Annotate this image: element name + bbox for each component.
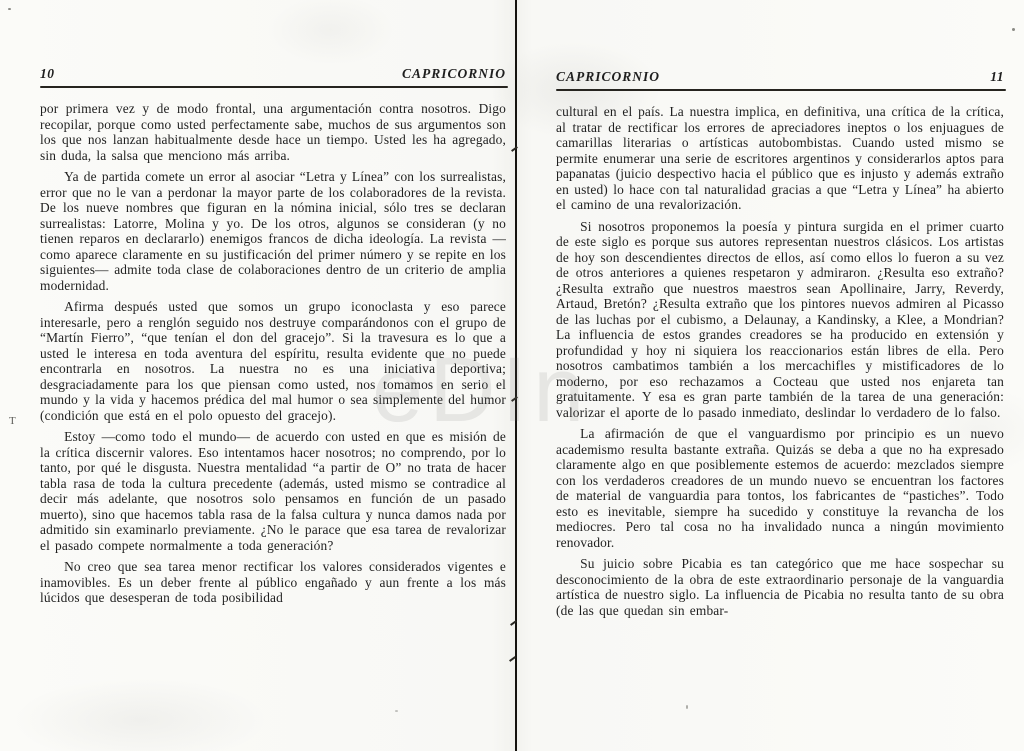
scan-speck bbox=[8, 8, 11, 10]
paragraph: No creo que sea tarea menor rectificar l… bbox=[40, 559, 506, 606]
paragraph: Estoy —como todo el mundo— de acuerdo co… bbox=[40, 429, 506, 553]
scan-speck bbox=[1012, 28, 1015, 31]
left-page-number: 10 bbox=[40, 66, 55, 82]
right-header-rule bbox=[556, 89, 1006, 91]
left-running-head: 10 CAPRICORNIO bbox=[40, 66, 506, 82]
paragraph: por primera vez y de modo frontal, una a… bbox=[40, 101, 506, 163]
scan-speck bbox=[395, 710, 398, 712]
right-page-number: 11 bbox=[990, 69, 1004, 85]
right-page: CAPRICORNIO 11 cultural en el país. La n… bbox=[556, 0, 1004, 751]
paragraph: cultural en el país. La nuestra implica,… bbox=[556, 104, 1004, 213]
paragraph: La afirmación de que el vanguardismo por… bbox=[556, 426, 1004, 550]
right-page-body: cultural en el país. La nuestra implica,… bbox=[556, 104, 1004, 618]
right-running-head: CAPRICORNIO 11 bbox=[556, 69, 1004, 85]
watermark-text: eDIn bbox=[372, 338, 590, 443]
left-running-title: CAPRICORNIO bbox=[402, 66, 506, 82]
left-header-rule bbox=[40, 86, 508, 88]
scanned-book-spread: 10 CAPRICORNIO por primera vez y de modo… bbox=[0, 0, 1024, 751]
paragraph: Su juicio sobre Picabia es tan categóric… bbox=[556, 556, 1004, 618]
margin-stray-mark: T bbox=[9, 415, 16, 427]
right-running-title: CAPRICORNIO bbox=[556, 69, 660, 85]
scan-speck bbox=[686, 705, 688, 709]
paragraph: Si nosotros proponemos la poesía y pintu… bbox=[556, 219, 1004, 421]
paragraph: Ya de partida comete un error al asociar… bbox=[40, 169, 506, 293]
